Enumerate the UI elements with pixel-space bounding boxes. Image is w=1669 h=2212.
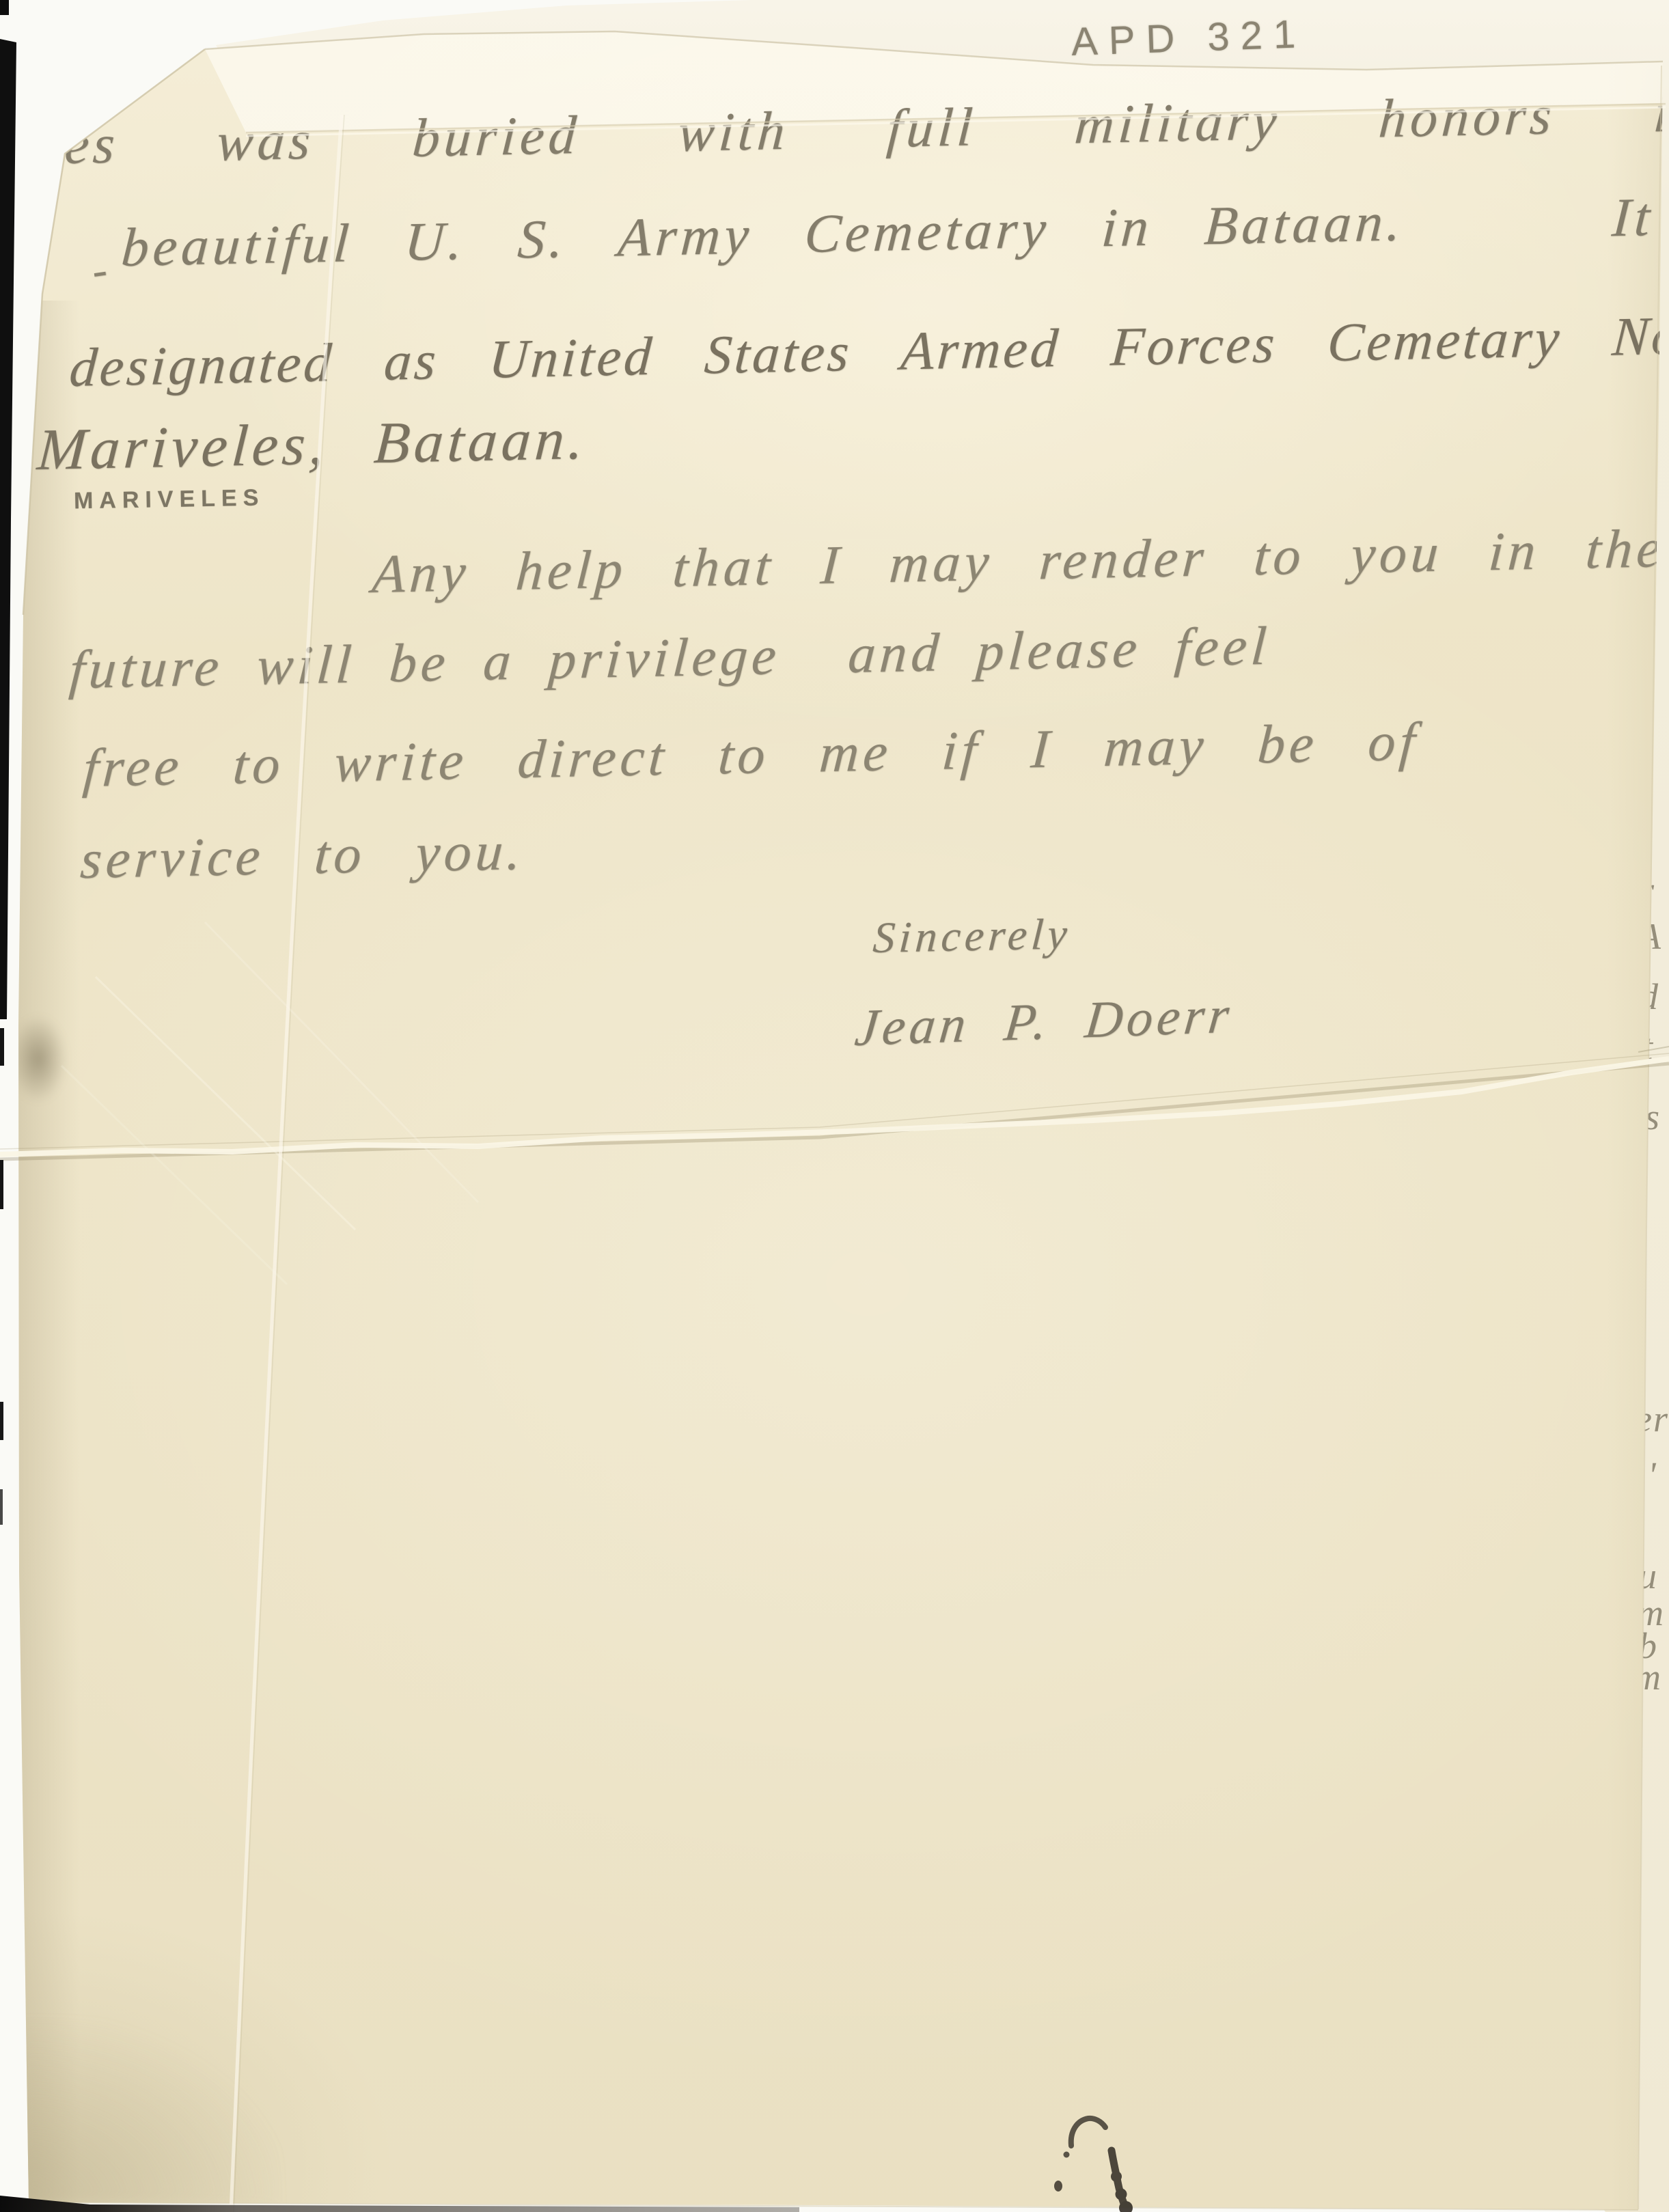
closing-sincerely: Sincerely bbox=[872, 909, 1073, 963]
edge-fragment: ' bbox=[1648, 1454, 1657, 1496]
scanner-edge-strip bbox=[0, 1028, 4, 1066]
left-edge-shadow bbox=[18, 301, 79, 2207]
letter-sheet: es was buried with full military honors … bbox=[0, 0, 1669, 2212]
handwritten-line-6: future will be a privilege and please fe… bbox=[68, 616, 1273, 702]
scanner-edge-strip bbox=[0, 0, 9, 15]
scanner-edge-strip bbox=[0, 1402, 3, 1440]
stray-pencil-mark: - bbox=[89, 244, 114, 296]
handwritten-line-7: free to write direct to me if I may be o… bbox=[81, 711, 1421, 800]
handwritten-line-2: beautiful U. S. Army Cemetary in Bataan.… bbox=[120, 184, 1669, 279]
handwritten-line-4: Mariveles, Bataan. bbox=[36, 404, 590, 484]
corner-shadow bbox=[18, 2022, 277, 2207]
scanner-edge-strip bbox=[0, 1160, 3, 1209]
signature-jean-p-doerr: Jean P. Doerr bbox=[852, 986, 1236, 1059]
mariveles-annotation: MARIVELES bbox=[74, 485, 265, 515]
handwritten-line-5: Any help that I may render to you in the bbox=[370, 518, 1667, 606]
smudge-mark bbox=[10, 1015, 67, 1103]
scanner-edge-strip bbox=[0, 1489, 3, 1525]
apd-annotation: APD 321 bbox=[1071, 11, 1307, 65]
handwritten-line-8: service to you. bbox=[79, 820, 527, 891]
handwritten-line-3: designated as United States Armed Forces… bbox=[68, 303, 1669, 400]
scanned-letter-page: APD 321 r A d t s er ' u m b m es was bu… bbox=[0, 0, 1669, 2212]
scanner-edge-strip bbox=[0, 39, 16, 1019]
